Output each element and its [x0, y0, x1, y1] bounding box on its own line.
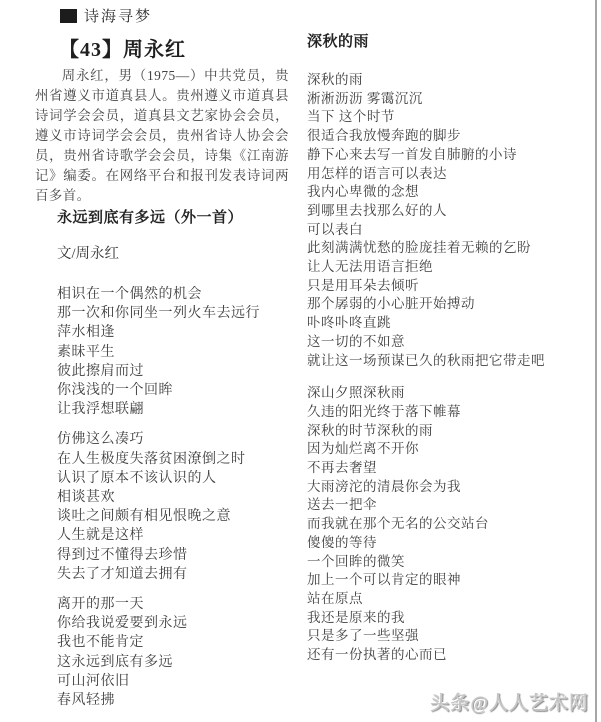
poem-line: 离开的那一天: [57, 595, 299, 614]
poem-line: 很适合我放慢奔跑的脚步: [307, 127, 589, 146]
poem-line: 那个孱弱的小心脏开始搏动: [307, 295, 589, 314]
document-page: 诗海寻梦 【43】周永红 周永红，男（1975—）中共党员，贵州省遵义市道真县人…: [0, 0, 601, 722]
poem-line: 而我就在那个无名的公交站台: [307, 515, 589, 534]
poem-line: 我也不能肯定: [57, 633, 299, 652]
poem-stanza: 离开的那一天你给我说爱要到永远我也不能肯定这永远到底有多远可山河依旧春风轻拂: [57, 595, 299, 710]
brand-label: 诗海寻梦: [84, 5, 152, 26]
poem-line: 我内心卑微的念想: [307, 183, 589, 202]
poem-line: 深山夕照深秋雨: [307, 384, 589, 403]
poem-line: 大雨滂沱的清晨你会为我: [307, 478, 589, 497]
poem-line: 这永远到底有多远: [57, 653, 299, 672]
poem-line: 到哪里去找那么好的人: [307, 202, 589, 221]
left-poem-title: 永远到底有多远（外一首）: [57, 206, 299, 227]
left-poem-byline: 文/周永红: [57, 242, 299, 263]
poem-line: 不再去奢望: [307, 459, 589, 478]
left-poem-stanzas: 相识在一个偶然的机会那一次和你同坐一列火车去远行萍水相逢素昧平生彼此擦肩而过你浅…: [57, 285, 299, 710]
right-poem-stanzas: 深秋的雨淅淅沥沥 雾霭沉沉当下 这个时节很适合我放慢奔跑的脚步静下心来去写一首发…: [307, 71, 589, 665]
poem-line: 用怎样的语言可以表达: [307, 165, 589, 184]
poem-stanza: 相识在一个偶然的机会那一次和你同坐一列火车去远行萍水相逢素昧平生彼此擦肩而过你浅…: [57, 285, 299, 419]
poem-stanza: 深山夕照深秋雨久违的阳光终于落下帷幕深秋的时节深秋的雨因为灿烂离不开你不再去奢望…: [307, 384, 589, 665]
poem-line: 站在原点: [307, 590, 589, 609]
poem-line: 你浅浅的一个回眸: [57, 381, 299, 400]
poem-line: 可以表白: [307, 221, 589, 240]
poem-line: 送去一把伞: [307, 496, 589, 515]
poem-line: 失去了才知道去拥有: [57, 565, 299, 584]
header-brand: 诗海寻梦: [60, 5, 152, 26]
poem-line: 相谈甚欢: [57, 488, 299, 507]
poem-line: 一个回眸的微笑: [307, 553, 589, 572]
poem-line: 这一切的不如意: [307, 333, 589, 352]
poem-line: 你给我说爱要到永远: [57, 614, 299, 633]
poem-line: 让人无法用语言拒绝: [307, 258, 589, 277]
poem-line: 因为灿烂离不开你: [307, 440, 589, 459]
poem-line: 春风轻拂: [57, 691, 299, 710]
left-column: 永远到底有多远（外一首） 文/周永红 相识在一个偶然的机会那一次和你同坐一列火车…: [57, 206, 299, 710]
black-square-icon: [60, 9, 77, 23]
poem-line: 素昧平生: [57, 343, 299, 362]
author-entry-title: 【43】周永红: [59, 33, 186, 62]
poem-line: 让我浮想联翩: [57, 400, 299, 419]
poem-line: 我还是原来的我: [307, 609, 589, 628]
right-column: 深秋的雨 深秋的雨淅淅沥沥 雾霭沉沉当下 这个时节很适合我放慢奔跑的脚步静下心来…: [307, 30, 589, 665]
poem-line: 久违的阳光终于落下帷幕: [307, 403, 589, 422]
poem-line: 此刻满满忧愁的脸庞挂着无赖的乞盼: [307, 239, 589, 258]
poem-line: 可山河依旧: [57, 672, 299, 691]
poem-line: 得到过不懂得去珍惜: [57, 546, 299, 565]
poem-line: 深秋的雨: [307, 71, 589, 90]
poem-line: 认识了原本不该认识的人: [57, 469, 299, 488]
poem-stanza: 深秋的雨淅淅沥沥 雾霭沉沉当下 这个时节很适合我放慢奔跑的脚步静下心来去写一首发…: [307, 71, 589, 370]
poem-line: 谈吐之间颇有相见恨晚之意: [57, 507, 299, 526]
poem-line: 傻傻的等待: [307, 534, 589, 553]
poem-line: 只是用耳朵去倾听: [307, 277, 589, 296]
page-edge-line: [595, 0, 597, 722]
poem-line: 那一次和你同坐一列火车去远行: [57, 304, 299, 323]
poem-line: 加上一个可以肯定的眼神: [307, 571, 589, 590]
poem-stanza: 仿佛这么凑巧在人生极度失落贫困潦倒之时认识了原本不该认识的人相谈甚欢谈吐之间颇有…: [57, 430, 299, 584]
poem-line: 只是多了一些坚强: [307, 627, 589, 646]
poem-line: 彼此擦肩而过: [57, 362, 299, 381]
poem-line: 静下心来去写一首发自肺腑的小诗: [307, 146, 589, 165]
poem-line: 人生就是这样: [57, 526, 299, 545]
poem-line: 萍水相逢: [57, 323, 299, 342]
poem-line: 卟咚卟咚直跳: [307, 314, 589, 333]
poem-line: 淅淅沥沥 雾霭沉沉: [307, 90, 589, 109]
right-poem-title: 深秋的雨: [307, 30, 589, 51]
watermark: 头条@人人艺术网: [430, 688, 589, 715]
poem-line: 深秋的时节深秋的雨: [307, 422, 589, 441]
author-bio-paragraph: 周永红，男（1975—）中共党员，贵州省遵义市道真县人。贵州遵义市道真县诗词学会…: [35, 66, 289, 206]
poem-line: 当下 这个时节: [307, 108, 589, 127]
poem-line: 相识在一个偶然的机会: [57, 285, 299, 304]
poem-line: 还有一份执著的心而已: [307, 646, 589, 665]
poem-line: 在人生极度失落贫困潦倒之时: [57, 450, 299, 469]
poem-line: 仿佛这么凑巧: [57, 430, 299, 449]
poem-line: 就让这一场预谋已久的秋雨把它带走吧: [307, 352, 589, 371]
